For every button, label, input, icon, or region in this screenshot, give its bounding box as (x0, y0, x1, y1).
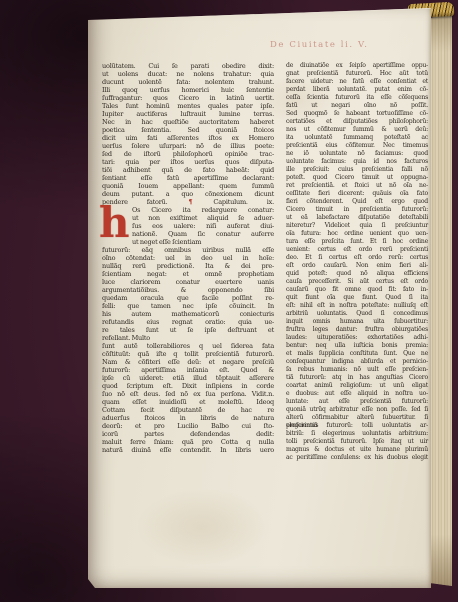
text-line: fatũ ut negari oĩno nõ poſſit. (286, 102, 428, 110)
text-line: Cicero timuit in preſcientia futurorũ: (286, 206, 428, 214)
text-line: inquit omnis humana uita ſubuertitur: (286, 318, 428, 326)
text-line: cauſarũ quo fit omne quod fit: fato in- (286, 286, 428, 294)
text-line: poetica ſententia. Sed quoniã ſtoicos (102, 126, 274, 134)
text-line: nationẽ. Quam ſic conatur auferre (132, 230, 274, 238)
text-line: ut non exiſtimet aliquid ſe aduer- (132, 214, 274, 222)
text-line: luntate: aut eſſe preſcientiã futurorũ: (286, 398, 428, 406)
rubricated-initial-h: h (99, 203, 131, 249)
text-line: ipſe cũ uideret: etiã illud tẽptauit aſſ… (102, 374, 274, 382)
text-line: preſcientiã eius cõfitemur. Nec timemus (286, 142, 428, 150)
text-line: ſuffragantur: quos Cicero in latinũ uert… (102, 94, 274, 102)
text-line: nos ut cõfitemur ſummũ & uerũ deũ: (286, 126, 428, 134)
text-column-left: h uolũtatem. Cui ſe parati obedire dixit… (102, 62, 274, 454)
text-line: deo. Et ſi certus eſt ordo rerũ: certus (286, 254, 428, 262)
text-line: quam eſſet inuidioſũ et moleſtũ. Ideoq (102, 398, 274, 406)
text-line: argumentatiõibus. & opponendo ſibi (102, 286, 274, 294)
book-page: De Ciuitate li. V. h uolũtatem. Cui ſe p… (88, 4, 431, 588)
text-line: re tales ſunt ut ſe ipſe deſtruant et (102, 326, 274, 334)
text-line: maluit ferre ſniam: quã pro Cotta q null… (102, 438, 274, 446)
text-line: alterũ cõfirmabitur alterũ ſubuertitur. … (286, 414, 428, 422)
text-line: quod ſcriptum eſt. Dixit inſipiens in co… (102, 382, 274, 390)
text-line: refellant. Multo (102, 334, 274, 342)
open-book: De Ciuitate li. V. h uolũtatem. Cui ſe p… (88, 4, 452, 588)
text-line: coartat animũ religioſum: ut unũ eligat (286, 382, 428, 390)
text-line: ut neget eſſe ſcientiam (132, 238, 274, 246)
text-line: arbitriũ uoluntatis. Quod ſi concedimus (286, 310, 428, 318)
text-line: de diuinatiõe ex ſeipſo apertiſſime oppu… (286, 62, 428, 70)
text-line: et malis ſupplicia conſtituta ſunt. Que … (286, 350, 428, 358)
text-line: nullãq rerũ predictionẽ. Ita & dei pre- (102, 262, 274, 270)
text-line: tolli preſcientiã futurorũ. Ipſe itaq ut… (286, 438, 428, 446)
text-line: ac peritiſſime conſulens: ex his duobus … (286, 454, 428, 462)
text-line: ut uolens ducat: ne nolens trahatur: qui… (102, 70, 274, 78)
text-line: naturã diuinã eſſe contendit. In libris … (102, 446, 274, 454)
page-top-edge (88, 7, 431, 20)
text-line: conſequantur indigna abſurda et pernicio… (286, 358, 428, 366)
text-line: eſt: nihil eſt in noſtra poteſtate: null… (286, 302, 428, 310)
text-line: magnus & doctus et uite humane plurimũ (286, 446, 428, 454)
text-line: cõſtituũt: quã iſte q tollit preſcientiã… (102, 350, 274, 358)
text-line: niteretur? Videlicet quia ſi preſciuntur (286, 222, 428, 230)
text-line: uolũtatem. Cui ſe parati obedire dixit: (102, 62, 274, 70)
text-line: ceſſitate fieri dicerent: quãuis oĩa fat… (286, 190, 428, 198)
text-line: ducunt uolentẽ fata: nolentem trahunt. (102, 78, 274, 86)
text-line: uerſus ſolere uſurpari: nõ de illius poe… (102, 142, 274, 150)
text-line: bitriũ: ſi elegerimus uoluntatis arbitri… (286, 430, 428, 438)
text-line: deum putant. a quo cõnexionem dicunt (102, 190, 274, 198)
text-line: tiõi adhibent quã de fato habeãt: quid (102, 166, 274, 174)
text-line: uenient: certus eſt ordo rerũ preſcienti (286, 246, 428, 254)
text-line: Iupiter auctiferas luſtrauit lumine terr… (102, 110, 274, 118)
text-line: cauſa preceſſerit. Si aũt certus eſt ord… (286, 278, 428, 286)
text-line: ſus eos ualere: niſi auferat diui- (132, 222, 274, 230)
text-line: Tales ſunt hominũ mentes quales pater ip… (102, 102, 274, 110)
text-line: ut eã labefactare diſputatiõe deteſtabil… (286, 214, 428, 222)
text-line: bentur: neq ulla iuſticia bonis premia: (286, 342, 428, 350)
text-line: Cottam fecit diſputantẽ de hac re (102, 406, 274, 414)
text-line: ſcientiam negat: et omnẽ prophetiam (102, 270, 274, 278)
running-title: De Ciuitate li. V. (270, 40, 420, 50)
text-line: perdat liberã uoluntatẽ. putat enim cõ- (286, 86, 428, 94)
text-line: aduerſus ſtoicos in libris de natura (102, 414, 274, 422)
text-line: ſuo nõ eſt deus. ſed nõ ex ſua perſona. … (102, 390, 274, 398)
text-line: quid poteſt: quod nõ aliqua efficiens (286, 270, 428, 278)
text-line: deorũ: et pro Lucilio Balbo cui ſto- (102, 422, 274, 430)
text-line: ſunt autẽ tollerabiliores q uel ſiderea … (102, 342, 274, 350)
text-line: ne iõ uoluntate nõ faciamus: quod (286, 150, 428, 158)
text-line: certatiões et diſputatiões philoſophorũ: (286, 118, 428, 126)
text-line: facere uidetur: ne fatũ eſſe conſentiat … (286, 78, 428, 86)
text-line: tiã futurorũ: atq in has anguſtias Cicer… (286, 374, 428, 382)
text-line: tari: quia per iſtos uerſus quos diſputa… (102, 158, 274, 166)
text-line: felli: que tamen nec ipſe cõuincit. In (102, 302, 274, 310)
text-line: quedam oracula que facile poſſint re- (102, 294, 274, 302)
text-line: luce clariorem conatur euertere uanis (102, 278, 274, 286)
text-line: Illi quoq uerſus homerici huic ſententie (102, 86, 274, 94)
text-line: poteſt. quod Cicero timuit ut oppugna- (286, 174, 428, 182)
text-line: quoniã Iouem appellant: quem ſummũ (102, 182, 274, 190)
text-line: ſed de iſtorũ philoſophorũ opiniõe trac- (102, 150, 274, 158)
text-line: quit fiunt oĩa que fiunt. Quod ſi ita (286, 294, 428, 302)
text-line: Nec in hac queſtiõe auctoritatem haberet (102, 118, 274, 126)
text-line: ceſſa ſcientia futurorũ ita eſſe cõſeque… (286, 94, 428, 102)
incunabulum-photo: De Ciuitate li. V. h uolũtatem. Cui ſe p… (0, 0, 458, 602)
text-line: laudes: uituperatiões: exhortatiões adhi… (286, 334, 428, 342)
text-line: dicit uim fati aſſerentes iſtos ex Homer… (102, 134, 274, 142)
text-line: fieri cõtenderent. Quid eſt ergo quod (286, 198, 428, 206)
text-line: futurorũ: apertiſſima inſania eſt. Quod … (102, 366, 274, 374)
text-line: Sed quoqmõ ſe habeant tortuoſiſſime cõ- (286, 110, 428, 118)
text-line: eſt ordo cauſarũ. Non enim fieri ali- (286, 262, 428, 270)
text-line: Os Cicero ita redarguere conatur: (132, 206, 274, 214)
text-line: ſentiant eſſe fatũ apertiſſime declarant… (102, 174, 274, 182)
text-line: uoluntate facimus: quia id nos facturos (286, 158, 428, 166)
text-line: ille preſciuit: cuius preſcientia falli … (286, 166, 428, 174)
fore-edge-page-stack (430, 12, 452, 586)
text-line: tura eſſe preſcita ſunt. Et ſi hoc ordin… (286, 238, 428, 246)
text-line: preſcientiã futurorũ: tolli uoluntatis a… (286, 422, 428, 430)
text-line: gnat preſcientiã futurorũ. Hoc aũt totũ (286, 70, 428, 78)
text-line: ſa rebus humanis: nõ uult eſſe preſcien- (286, 366, 428, 374)
pilcrow-rubric-mark: ¶ (187, 198, 195, 206)
text-line: quoniã utrũq arbitratur eſſe non poſſe. … (286, 406, 428, 414)
text-line: Nam & cõfiteri eſſe deũ: et negare preſc… (102, 358, 274, 366)
text-line: icorũ partes defendendas dedit: (102, 430, 274, 438)
text-line: e duobus: aut eſſe aliquid in noſtra uo- (286, 390, 428, 398)
text-line: his autem mathematicorũ coniecturis (102, 310, 274, 318)
text-line: ret preſcientiã. et ſtoici ut nõ oĩa ne- (286, 182, 428, 190)
text-line: oĩa futura: hoc ordine uenient quo uen- (286, 230, 428, 238)
text-line: ita uoluntatẽ ſummamq poteſtatẽ ac (286, 134, 428, 142)
text-line: refutandis eius regnat oratio: quia ue- (102, 318, 274, 326)
text-line: oĩno cõtendat: uel in deo uel in hoĩe: (102, 254, 274, 262)
text-column-right: de diuinatiõe ex ſeipſo apertiſſime oppu… (286, 62, 428, 462)
text-line: fruſtra leges dantur: fruſtra obiurgatiõ… (286, 326, 428, 334)
